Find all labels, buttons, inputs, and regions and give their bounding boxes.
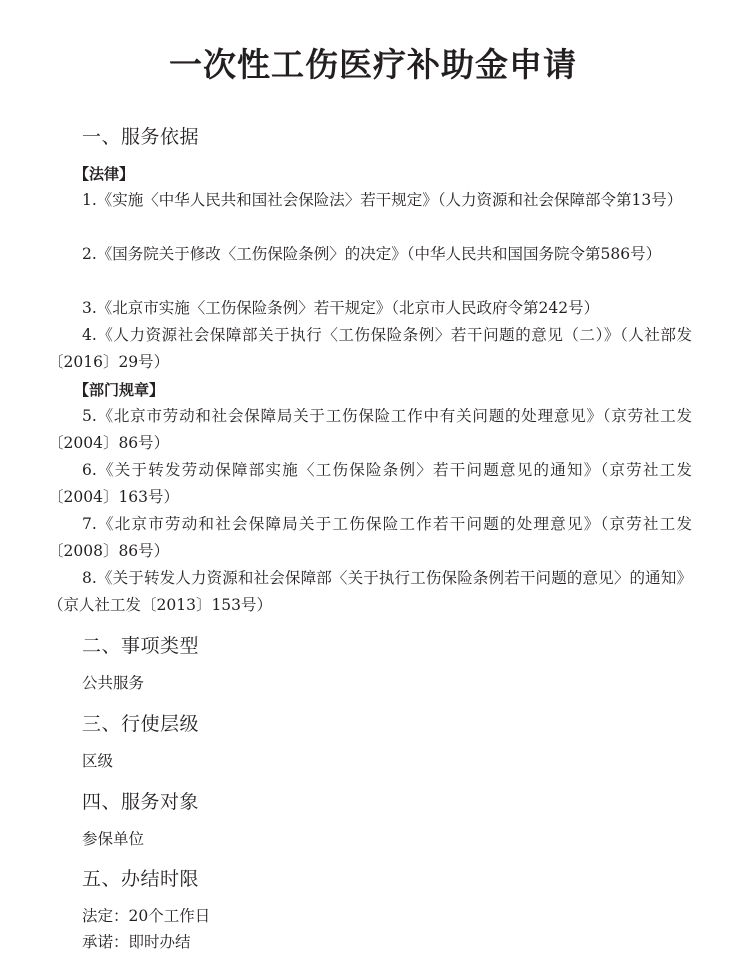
reference-item-8: 8.《关于转发人力资源和社会保障部〈关于执行工伤保险条例若干问题的意见〉的通知》… — [48, 565, 692, 619]
reference-item-2: 2.《国务院关于修改〈工伤保险条例〉的决定》（中华人民共和国国务院令第586号） — [48, 241, 692, 268]
section-heading-service-basis: 一、服务依据 — [82, 124, 199, 150]
section-heading-item-type: 二、事项类型 — [82, 633, 199, 659]
reference-item-7: 7.《北京市劳动和社会保障局关于工伤保险工作若干问题的处理意见》（京劳社工发〔2… — [48, 511, 692, 565]
section-heading-processing-time: 五、办结时限 — [82, 866, 199, 892]
section-heading-service-target: 四、服务对象 — [82, 789, 199, 815]
promised-time-limit: 承诺：即时办结 — [82, 929, 191, 956]
page-title: 一次性工伤医疗补助金申请 — [0, 40, 746, 90]
service-target-value: 参保单位 — [82, 826, 144, 853]
reference-item-5: 5.《北京市劳动和社会保障局关于工伤保险工作中有关问题的处理意见》（京劳社工发〔… — [48, 403, 692, 457]
item-type-value: 公共服务 — [82, 670, 144, 697]
subheading-department-rules: 【部门规章】 — [74, 379, 164, 401]
section-heading-exercise-level: 三、行使层级 — [82, 711, 199, 737]
reference-item-1: 1.《实施〈中华人民共和国社会保险法〉若干规定》（人力资源和社会保障部令第13号… — [48, 187, 692, 214]
exercise-level-value: 区级 — [82, 748, 113, 775]
reference-item-3: 3.《北京市实施〈工伤保险条例〉若干规定》（北京市人民政府令第242号） — [48, 295, 692, 322]
subheading-law: 【法律】 — [74, 163, 134, 185]
document-page: 一次性工伤医疗补助金申请 一、服务依据 【法律】 1.《实施〈中华人民共和国社会… — [0, 0, 746, 956]
reference-item-4: 4.《人力资源社会保障部关于执行〈工伤保险条例〉若干问题的意见（二）》（人社部发… — [48, 322, 692, 376]
reference-item-6: 6.《关于转发劳动保障部实施〈工伤保险条例〉若干问题意见的通知》（京劳社工发〔2… — [48, 457, 692, 511]
statutory-time-limit: 法定：20个工作日 — [82, 903, 210, 930]
